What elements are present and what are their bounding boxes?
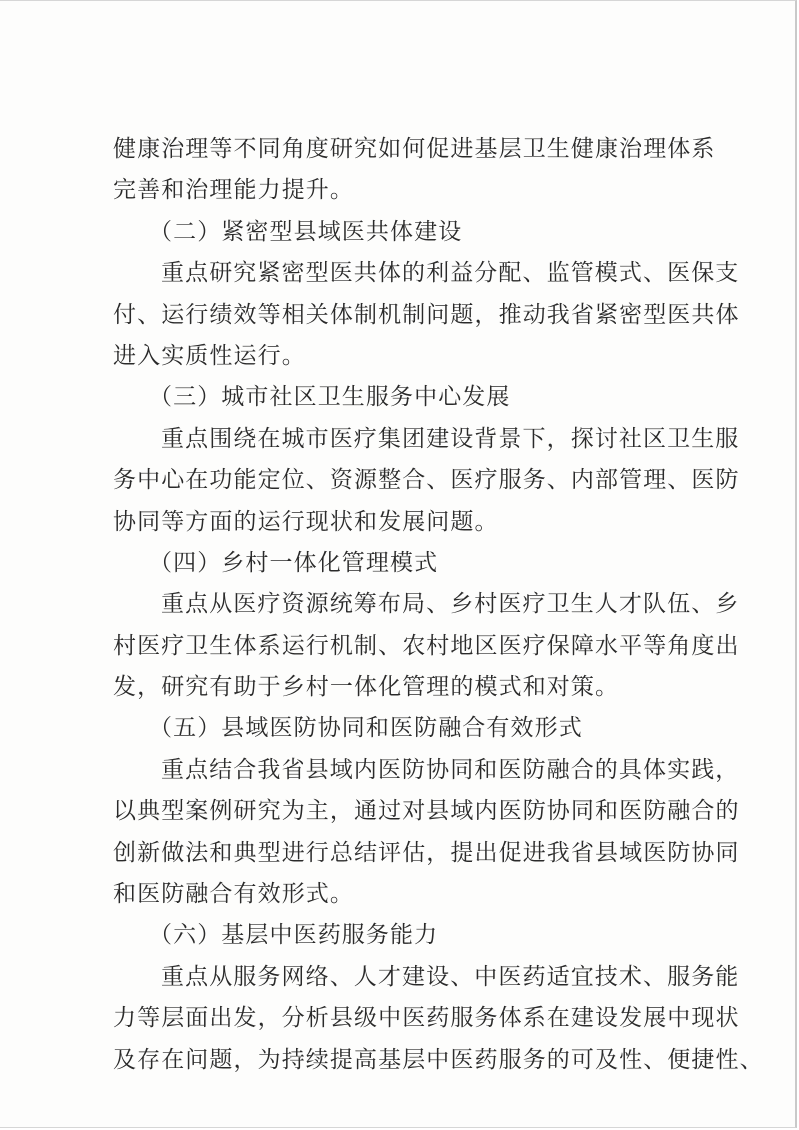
section-heading: （二）紧密型县域医共体建设: [113, 212, 693, 253]
paragraph-first-line: 重点结合我省县域内医防协同和医防融合的具体实践，: [113, 750, 693, 791]
paragraph-line: 健康治理等不同角度研究如何促进基层卫生健康治理体系: [113, 129, 693, 170]
scanned-page: 健康治理等不同角度研究如何促进基层卫生健康治理体系完善和治理能力提升。（二）紧密…: [0, 0, 797, 1128]
paragraph-line: 完善和治理能力提升。: [113, 170, 693, 211]
paragraph-line: 发，研究有助于乡村一体化管理的模式和对策。: [113, 667, 693, 708]
document-body: 健康治理等不同角度研究如何促进基层卫生健康治理体系完善和治理能力提升。（二）紧密…: [113, 129, 693, 1081]
paragraph-first-line: 重点研究紧密型医共体的利益分配、监管模式、医保支: [113, 253, 693, 294]
section-heading: （三）城市社区卫生服务中心发展: [113, 377, 693, 418]
paragraph-first-line: 重点从医疗资源统筹布局、乡村医疗卫生人才队伍、乡: [113, 584, 693, 625]
paragraph-first-line: 重点从服务网络、人才建设、中医药适宜技术、服务能: [113, 957, 693, 998]
paragraph-line: 务中心在功能定位、资源整合、医疗服务、内部管理、医防: [113, 460, 693, 501]
section-heading: （五）县域医防协同和医防融合有效形式: [113, 708, 693, 749]
paragraph-line: 以典型案例研究为主，通过对县域内医防协同和医防融合的: [113, 791, 693, 832]
paragraph-line: 创新做法和典型进行总结评估，提出促进我省县域医防协同: [113, 833, 693, 874]
paragraph-line: 付、运行绩效等相关体制机制问题，推动我省紧密型医共体: [113, 295, 693, 336]
paragraph-line: 力等层面出发，分析县级中医药服务体系在建设发展中现状: [113, 998, 693, 1039]
paragraph-line: 村医疗卫生体系运行机制、农村地区医疗保障水平等角度出: [113, 626, 693, 667]
paragraph-line: 和医防融合有效形式。: [113, 874, 693, 915]
paragraph-line: 及存在问题，为持续提高基层中医药服务的可及性、便捷性、: [113, 1040, 693, 1081]
paragraph-line: 协同等方面的运行现状和发展问题。: [113, 502, 693, 543]
paragraph-line: 进入实质性运行。: [113, 336, 693, 377]
section-heading: （六）基层中医药服务能力: [113, 915, 693, 956]
section-heading: （四）乡村一体化管理模式: [113, 543, 693, 584]
paragraph-first-line: 重点围绕在城市医疗集团建设背景下，探讨社区卫生服: [113, 419, 693, 460]
